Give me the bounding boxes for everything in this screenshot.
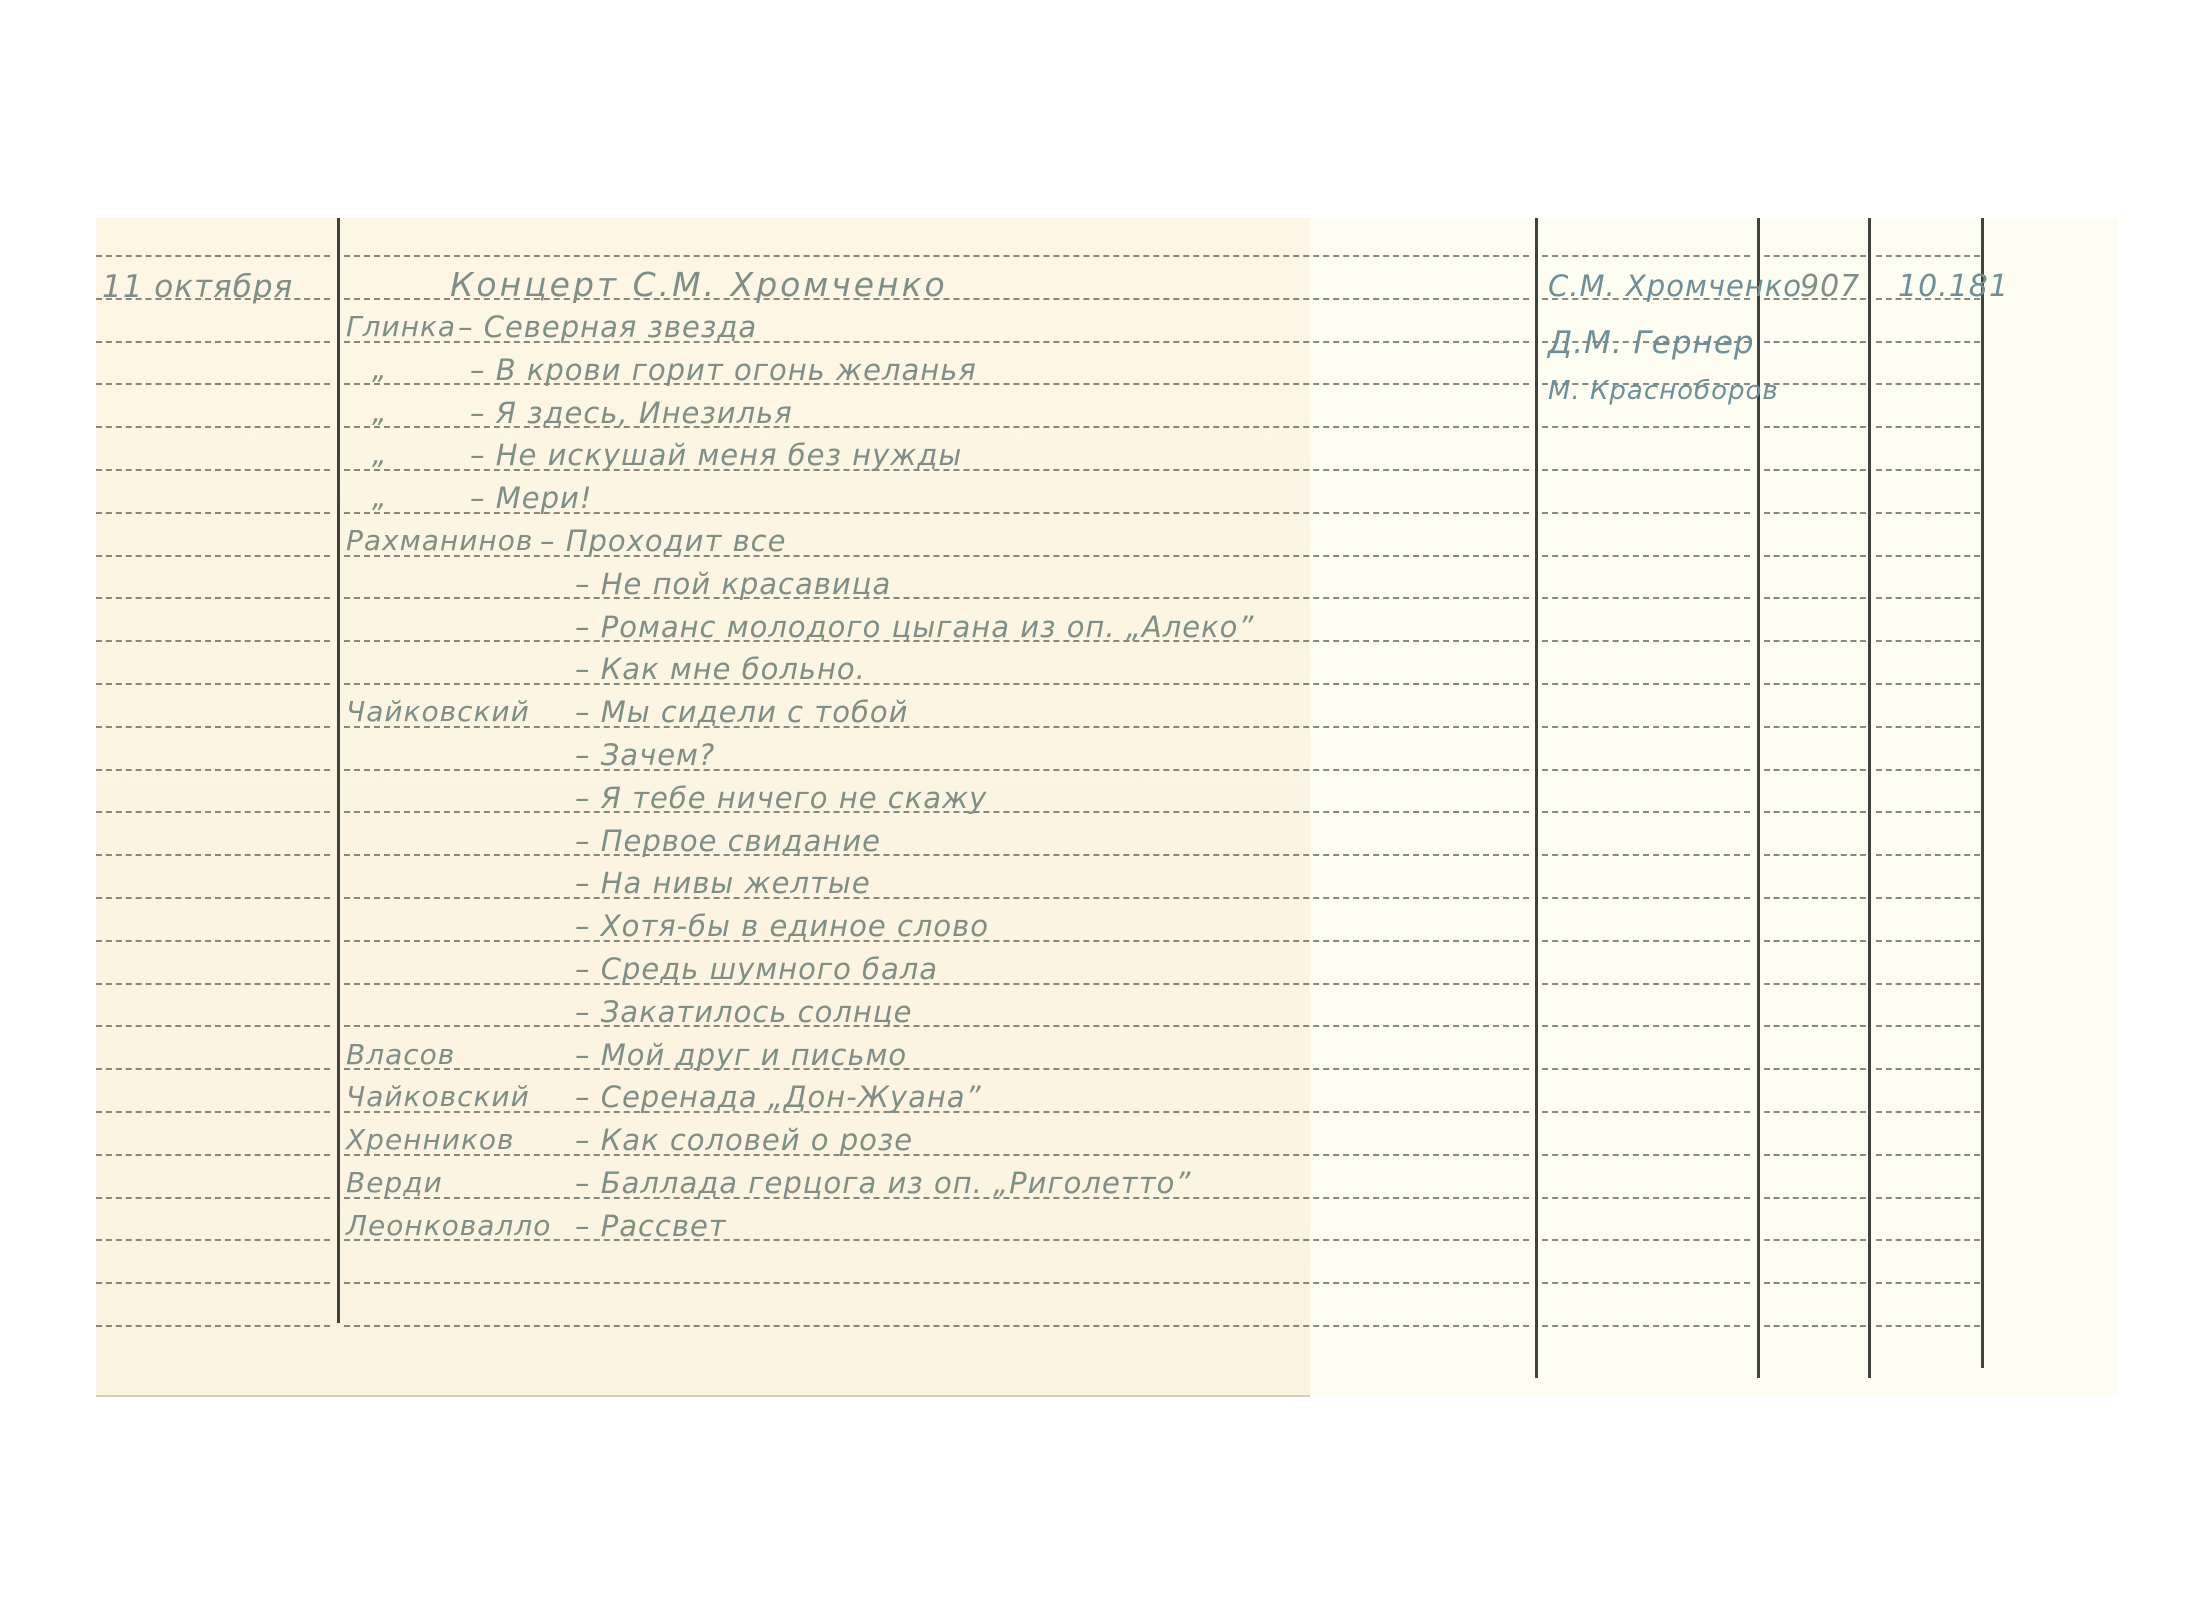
work-title: – Как мне больно. bbox=[575, 655, 866, 684]
row-rule bbox=[1542, 255, 1750, 257]
row-rule bbox=[96, 1068, 330, 1070]
row-rule bbox=[1542, 512, 1750, 514]
row-rule bbox=[96, 1197, 330, 1199]
row-rule bbox=[1876, 255, 1980, 257]
row-rule bbox=[1542, 1068, 1750, 1070]
row-rule bbox=[1764, 983, 1866, 985]
row-rule bbox=[344, 769, 1529, 771]
row-rule bbox=[1876, 383, 1980, 385]
row-rule bbox=[1542, 897, 1750, 899]
row-rule bbox=[1876, 341, 1980, 343]
work-title: – На нивы желтые bbox=[575, 869, 871, 898]
work-title: – Первое свидание bbox=[575, 827, 881, 856]
row-rule bbox=[1876, 1068, 1980, 1070]
row-rule bbox=[1764, 1068, 1866, 1070]
row-rule bbox=[1764, 555, 1866, 557]
row-rule bbox=[1764, 512, 1866, 514]
row-rule bbox=[96, 940, 330, 942]
row-rule bbox=[344, 1154, 1529, 1156]
row-rule bbox=[1764, 1239, 1866, 1241]
row-rule bbox=[1876, 597, 1980, 599]
row-rule bbox=[1542, 469, 1750, 471]
row-rule bbox=[96, 683, 330, 685]
row-rule bbox=[1764, 1282, 1866, 1284]
row-rule bbox=[1764, 1025, 1866, 1027]
row-rule bbox=[344, 1068, 1529, 1070]
row-rule bbox=[1764, 640, 1866, 642]
performer-3: М. Красноборов bbox=[1548, 378, 1779, 404]
row-rule bbox=[96, 469, 330, 471]
row-rule bbox=[1764, 341, 1866, 343]
row-rule bbox=[1876, 1239, 1980, 1241]
row-rule bbox=[1542, 726, 1750, 728]
row-rule bbox=[1764, 426, 1866, 428]
row-rule bbox=[96, 426, 330, 428]
row-rule bbox=[1876, 726, 1980, 728]
work-title: – Романс молодого цыгана из оп. „Алеко” bbox=[575, 613, 1254, 642]
composer-name: „ bbox=[372, 356, 388, 384]
composer-name: „ bbox=[372, 399, 388, 427]
row-rule bbox=[1542, 769, 1750, 771]
row-rule bbox=[1542, 1154, 1750, 1156]
row-rule bbox=[1876, 1197, 1980, 1199]
composer-name: Власов bbox=[346, 1041, 455, 1069]
row-rule bbox=[1764, 683, 1866, 685]
row-rule bbox=[1542, 940, 1750, 942]
row-rule bbox=[344, 597, 1529, 599]
row-rule bbox=[344, 854, 1529, 856]
row-rule bbox=[1542, 854, 1750, 856]
row-rule bbox=[96, 341, 330, 343]
entry-date: 11 октября bbox=[102, 272, 293, 303]
row-rule bbox=[1876, 769, 1980, 771]
composer-name: Леонковалло bbox=[346, 1212, 551, 1240]
row-rule bbox=[1876, 983, 1980, 985]
row-rule bbox=[96, 897, 330, 899]
column-divider bbox=[1535, 218, 1538, 1378]
register-number: 907 bbox=[1800, 272, 1860, 302]
row-rule bbox=[1876, 1025, 1980, 1027]
work-title: – Не пой красавица bbox=[575, 570, 891, 599]
row-rule bbox=[96, 1154, 330, 1156]
row-rule bbox=[96, 1239, 330, 1241]
row-rule bbox=[1876, 555, 1980, 557]
register-code: 10.181 bbox=[1898, 272, 2009, 302]
row-rule bbox=[1764, 1154, 1866, 1156]
row-rule bbox=[1542, 983, 1750, 985]
row-rule bbox=[1876, 940, 1980, 942]
work-title: – Зачем? bbox=[575, 741, 715, 770]
work-title: – Мой друг и письмо bbox=[575, 1041, 907, 1070]
row-rule bbox=[344, 1025, 1529, 1027]
composer-name: Верди bbox=[346, 1169, 443, 1197]
row-rule bbox=[1764, 255, 1866, 257]
row-rule bbox=[96, 383, 330, 385]
work-title: – Не искушай меня без нужды bbox=[470, 441, 962, 470]
work-title: – Мы сидели с тобой bbox=[575, 698, 908, 727]
work-title: – Закатилось солнце bbox=[575, 998, 912, 1027]
row-rule bbox=[1542, 1239, 1750, 1241]
composer-name: „ bbox=[372, 441, 388, 469]
work-title: – Средь шумного бала bbox=[575, 955, 938, 984]
column-divider bbox=[1868, 218, 1871, 1378]
row-rule bbox=[96, 811, 330, 813]
work-title: – Северная звезда bbox=[458, 313, 757, 342]
row-rule bbox=[1764, 1197, 1866, 1199]
row-rule bbox=[1876, 469, 1980, 471]
work-title: – Проходит все bbox=[540, 527, 786, 556]
row-rule bbox=[344, 1282, 1529, 1284]
row-rule bbox=[344, 255, 1529, 257]
row-rule bbox=[96, 640, 330, 642]
row-rule bbox=[1542, 1111, 1750, 1113]
row-rule bbox=[1876, 854, 1980, 856]
row-rule bbox=[1764, 854, 1866, 856]
composer-name: Рахманинов bbox=[346, 527, 533, 555]
row-rule bbox=[1876, 640, 1980, 642]
row-rule bbox=[1542, 597, 1750, 599]
row-rule bbox=[96, 854, 330, 856]
row-rule bbox=[1542, 1325, 1750, 1327]
row-rule bbox=[1876, 512, 1980, 514]
row-rule bbox=[1542, 1197, 1750, 1199]
work-title: – Как соловей о розе bbox=[575, 1126, 913, 1155]
row-rule bbox=[1542, 640, 1750, 642]
column-divider bbox=[337, 218, 340, 1323]
composer-name: Хренников bbox=[346, 1126, 515, 1154]
composer-name: Чайковский bbox=[346, 1083, 530, 1111]
row-rule bbox=[1764, 897, 1866, 899]
row-rule bbox=[1764, 726, 1866, 728]
work-title: – Мери! bbox=[470, 484, 592, 513]
row-rule bbox=[96, 255, 330, 257]
row-rule bbox=[1764, 469, 1866, 471]
work-title: – Хотя-бы в единое слово bbox=[575, 912, 989, 941]
column-divider bbox=[1981, 218, 1984, 1368]
row-rule bbox=[96, 983, 330, 985]
row-rule bbox=[1542, 426, 1750, 428]
work-title: – Серенада „Дон-Жуана” bbox=[575, 1083, 982, 1112]
row-rule bbox=[1764, 383, 1866, 385]
row-rule bbox=[96, 1325, 330, 1327]
row-rule bbox=[1764, 597, 1866, 599]
composer-name: Чайковский bbox=[346, 698, 530, 726]
row-rule bbox=[96, 555, 330, 557]
row-rule bbox=[1876, 1325, 1980, 1327]
work-title: – Баллада герцога из оп. „Риголетто” bbox=[575, 1169, 1191, 1198]
row-rule bbox=[344, 1325, 1529, 1327]
row-rule bbox=[1542, 811, 1750, 813]
row-rule bbox=[96, 769, 330, 771]
performer-2: Д.М. Гернер bbox=[1548, 328, 1755, 359]
row-rule bbox=[96, 512, 330, 514]
work-title: – В крови горит огонь желанья bbox=[470, 356, 977, 385]
concert-title: Концерт С.М. Хромченко bbox=[450, 268, 948, 301]
work-title: – Я здесь, Инезилья bbox=[470, 399, 793, 428]
row-rule bbox=[1876, 1154, 1980, 1156]
performer-1: С.М. Хромченко bbox=[1548, 272, 1802, 301]
row-rule bbox=[1542, 683, 1750, 685]
row-rule bbox=[96, 726, 330, 728]
row-rule bbox=[1876, 1282, 1980, 1284]
row-rule bbox=[1542, 1282, 1750, 1284]
row-rule bbox=[1876, 811, 1980, 813]
row-rule bbox=[1876, 426, 1980, 428]
row-rule bbox=[344, 897, 1529, 899]
row-rule bbox=[1876, 897, 1980, 899]
row-rule bbox=[1764, 1325, 1866, 1327]
composer-name: Глинка bbox=[346, 313, 456, 341]
row-rule bbox=[344, 683, 1529, 685]
work-title: – Рассвет bbox=[575, 1212, 727, 1241]
row-rule bbox=[1764, 769, 1866, 771]
row-rule bbox=[1764, 1111, 1866, 1113]
work-title: – Я тебе ничего не скажу bbox=[575, 784, 987, 813]
composer-name: „ bbox=[372, 484, 388, 512]
row-rule bbox=[1876, 683, 1980, 685]
row-rule bbox=[96, 597, 330, 599]
row-rule bbox=[96, 1282, 330, 1284]
row-rule bbox=[1764, 940, 1866, 942]
row-rule bbox=[1542, 1025, 1750, 1027]
row-rule bbox=[1764, 811, 1866, 813]
row-rule bbox=[96, 1111, 330, 1113]
row-rule bbox=[1876, 1111, 1980, 1113]
row-rule bbox=[1542, 555, 1750, 557]
row-rule bbox=[96, 1025, 330, 1027]
